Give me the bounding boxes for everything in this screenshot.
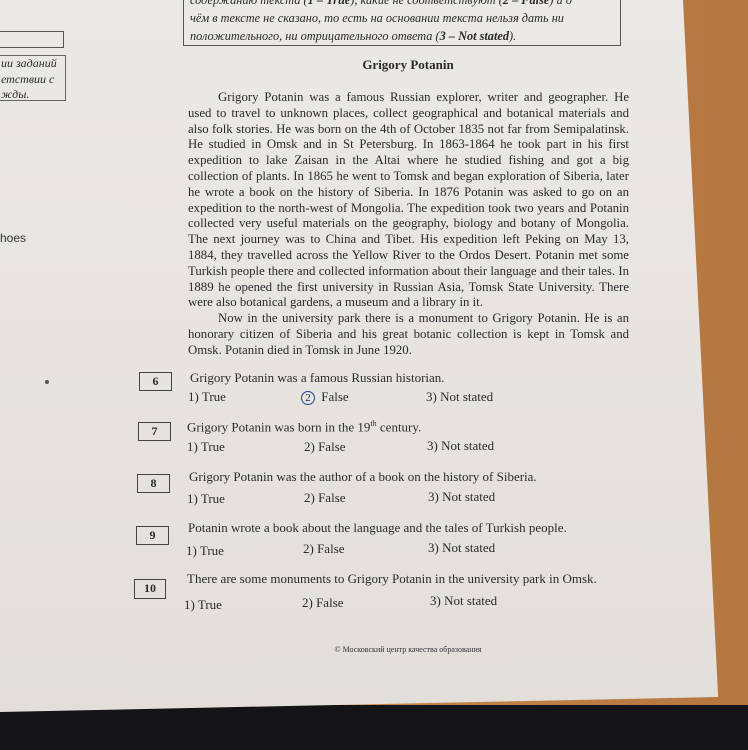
instructions-box: содержанию текста (1 – True), какие не с… — [183, 0, 621, 46]
left-text-fragment: hoes — [0, 231, 26, 245]
article-title: Grigory Potanin — [188, 57, 628, 73]
option-1[interactable]: 1) True — [187, 491, 225, 507]
dark-background — [0, 705, 748, 750]
question-text: Grigory Potanin was a famous Russian his… — [190, 370, 445, 386]
question-number: 8 — [137, 474, 170, 493]
question-8: 8 Grigory Potanin was the author of a bo… — [0, 469, 700, 513]
option-3[interactable]: 3) Not stated — [427, 438, 494, 454]
question-7: 7 Grigory Potanin was born in the 19th c… — [0, 419, 700, 463]
option-2[interactable]: 2) False — [304, 439, 346, 455]
option-1[interactable]: 1) True — [188, 389, 226, 405]
circled-answer-icon: 2 — [301, 391, 315, 405]
option-1[interactable]: 1) True — [187, 439, 225, 455]
question-text: Grigory Potanin was born in the 19th cen… — [187, 419, 421, 435]
option-2[interactable]: 2 False — [301, 389, 349, 405]
paragraph: Grigory Potanin was a famous Russian exp… — [188, 90, 629, 311]
option-1[interactable]: 1) True — [184, 597, 222, 613]
left-instructions-fragment: ии заданий етствии с жды. — [0, 55, 66, 101]
option-3[interactable]: 3) Not stated — [428, 489, 495, 505]
question-text: Potanin wrote a book about the language … — [188, 520, 567, 536]
paragraph: Now in the university park there is a mo… — [188, 311, 629, 358]
option-3[interactable]: 3) Not stated — [428, 540, 495, 556]
option-3[interactable]: 3) Not stated — [426, 389, 493, 405]
question-6: 6 Grigory Potanin was a famous Russian h… — [0, 370, 700, 414]
question-number: 7 — [138, 422, 171, 441]
question-number: 6 — [139, 372, 172, 391]
question-number: 9 — [136, 526, 169, 545]
answer-field-box — [0, 31, 64, 48]
option-3[interactable]: 3) Not stated — [430, 593, 497, 609]
option-2[interactable]: 2) False — [304, 490, 346, 506]
option-2[interactable]: 2) False — [302, 595, 344, 611]
question-text: There are some monuments to Grigory Pota… — [187, 571, 597, 587]
article-body: Grigory Potanin was a famous Russian exp… — [188, 90, 629, 359]
question-text: Grigory Potanin was the author of a book… — [189, 469, 537, 485]
question-9: 9 Potanin wrote a book about the languag… — [0, 520, 700, 564]
option-1[interactable]: 1) True — [186, 543, 224, 559]
exam-sheet: содержанию текста (1 – True), какие не с… — [0, 0, 748, 712]
question-10: 10 There are some monuments to Grigory P… — [0, 571, 700, 615]
copyright-footer: © Московский центр качества образования — [188, 645, 628, 654]
question-number: 10 — [134, 579, 166, 599]
option-2[interactable]: 2) False — [303, 541, 345, 557]
